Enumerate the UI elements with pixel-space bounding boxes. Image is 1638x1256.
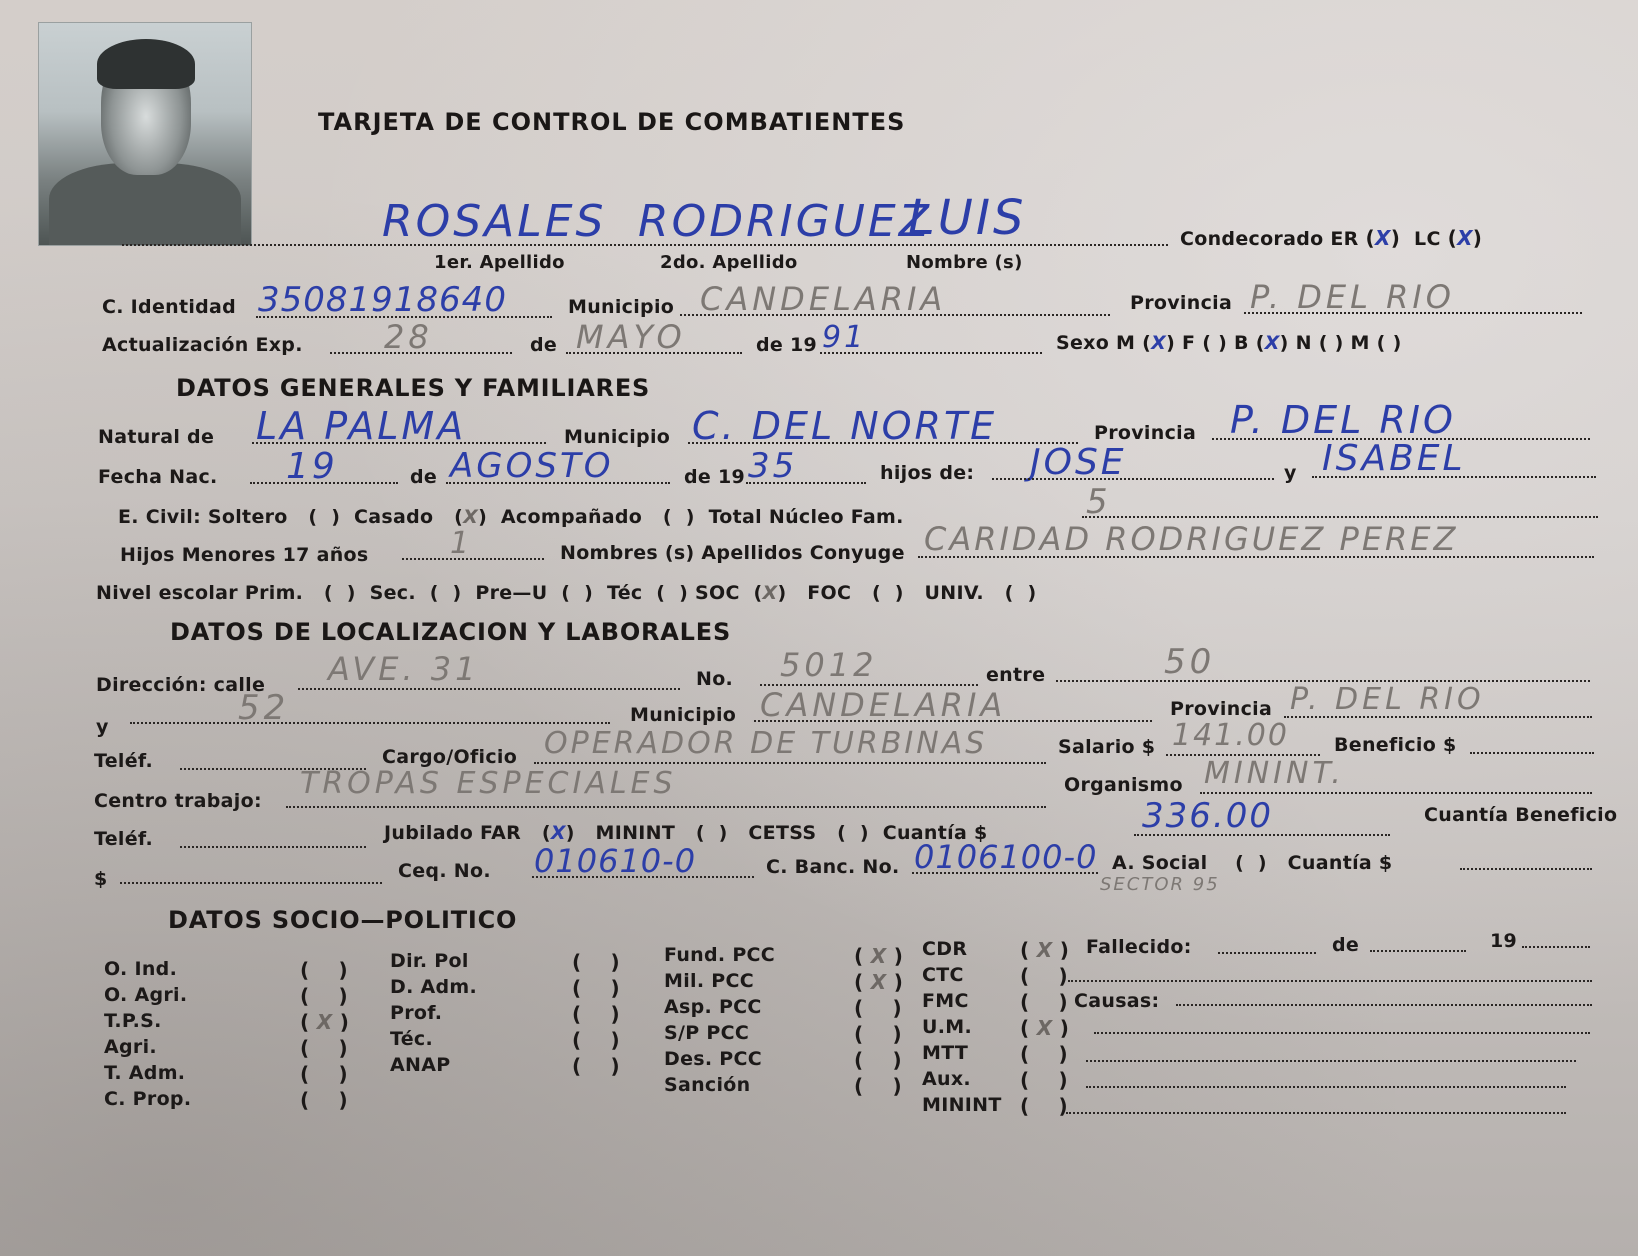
socio-item-checkbox[interactable]: ( )	[1020, 1094, 1068, 1118]
act-de-1: de	[530, 334, 557, 356]
socio-item-label: Dir. Pol	[390, 950, 469, 972]
birth-day-line	[250, 482, 398, 484]
socio-item-label: U.M.	[922, 1016, 972, 1038]
natural-line	[252, 442, 546, 444]
second-surname-label: 2do. Apellido	[660, 252, 798, 273]
nivel-option-tec[interactable]: Téc ( )	[607, 582, 688, 604]
document-card: TARJETA DE CONTROL DE COMBATIENTES ROSAL…	[0, 0, 1638, 1256]
actualizacion-label: Actualización Exp.	[102, 334, 303, 356]
dollar-label: $	[94, 868, 108, 890]
birth-de-1: de	[410, 466, 437, 488]
socio-item-label: C. Prop.	[104, 1088, 191, 1110]
socio-item-mark	[589, 1054, 604, 1078]
no-value: 5012	[780, 646, 877, 684]
er-checkbox[interactable]: (X)	[1366, 226, 1401, 250]
civil-group: E. Civil: Soltero ( ) Casado (X) Acompañ…	[118, 506, 904, 528]
fecha-nac-label: Fecha Nac.	[98, 466, 218, 488]
given-name-label: Nombre (s)	[906, 252, 1023, 273]
hijos-menores-value: 1	[450, 526, 473, 561]
socio-item-label: CTC	[922, 964, 964, 986]
lc-mark: X	[1457, 226, 1473, 250]
socio-item-label: Agri.	[104, 1036, 157, 1058]
nucleo-line	[1082, 516, 1598, 518]
hijos-menores-line	[402, 558, 544, 560]
conyuge-label: Nombres (s) Apellidos Conyuge	[560, 542, 905, 564]
birth-year-line	[746, 482, 866, 484]
hijos-y-label: y	[1284, 462, 1297, 484]
loc-provincia-line	[1284, 716, 1592, 718]
y-line	[130, 722, 610, 724]
jubilado-group: Jubilado FAR (X) MININT ( ) CETSS ( ) Cu…	[384, 822, 988, 844]
salario-label: Salario $	[1058, 736, 1155, 758]
socio-item-mark	[871, 996, 886, 1020]
sexo-option-m2[interactable]: M ( )	[1351, 332, 1402, 354]
fallecido-day-field[interactable]	[1218, 952, 1316, 954]
hijos-menores-label: Hijos Menores 17 años	[120, 544, 369, 566]
socio-item-mark	[871, 1074, 886, 1098]
socio-item-checkbox[interactable]: ( )	[300, 958, 348, 982]
nucleo-label: Total Núcleo Fam.	[709, 506, 904, 528]
socio-item-checkbox[interactable]: ( )	[854, 996, 902, 1020]
birth-de-2: de 19	[684, 466, 745, 488]
asocial-group: A. Social ( ) Cuantía $	[1112, 852, 1392, 874]
loc-provincia-label: Provincia	[1170, 698, 1272, 720]
section-socio-title: DATOS SOCIO—POLITICO	[168, 906, 517, 934]
socio-item-label: MININT	[922, 1094, 1002, 1116]
birth-day-value: 19	[286, 446, 338, 487]
socio-item-checkbox[interactable]: ( )	[300, 1036, 348, 1060]
socio-item-mark	[589, 976, 604, 1000]
act-year-line	[820, 352, 1042, 354]
jubilado-option-minint[interactable]: MININT ( )	[596, 822, 728, 844]
birth-year-value: 35	[748, 446, 797, 486]
municipio-line	[680, 314, 1110, 316]
entre-value: 50	[1164, 642, 1215, 682]
ceq-line	[532, 876, 754, 878]
civil-option-acompanado[interactable]: Acompañado ( )	[501, 506, 695, 528]
nivel-option-soc[interactable]: SOC (X)	[695, 582, 786, 604]
socio-item-checkbox[interactable]: ( )	[572, 1054, 620, 1078]
municipio-label: Municipio	[568, 296, 674, 318]
socio-item-checkbox[interactable]: ( )	[854, 1022, 902, 1046]
lc-checkbox[interactable]: (X)	[1448, 226, 1483, 250]
causas-line-2	[1094, 1032, 1590, 1034]
er-label: ER	[1330, 228, 1358, 250]
cuantia-line	[1134, 834, 1390, 836]
socio-item-mark	[317, 1062, 332, 1086]
socio-item-mark	[1037, 1042, 1052, 1066]
cbanc-value: 0106100-0	[914, 838, 1097, 876]
socio-item-checkbox[interactable]: ( X )	[854, 944, 903, 968]
father-value: JOSE	[1030, 442, 1127, 483]
mother-line	[1312, 476, 1596, 478]
jubilado-option-far[interactable]: FAR (X)	[480, 822, 575, 844]
socio-item-label: ANAP	[390, 1054, 450, 1076]
birth-month-value: AGOSTO	[450, 446, 613, 486]
organismo-line	[1200, 792, 1592, 794]
cuantia-beneficio-label: Cuantía Beneficio	[1424, 804, 1617, 826]
gen-provincia-value: P. DEL RIO	[1230, 398, 1456, 442]
cargo-value: OPERADOR DE TURBINAS	[544, 726, 987, 761]
socio-item-mark	[1037, 1094, 1052, 1118]
cargo-label: Cargo/Oficio	[382, 746, 517, 768]
socio-item-label: S/P PCC	[664, 1022, 749, 1044]
socio-item-label: CDR	[922, 938, 967, 960]
socio-item-checkbox[interactable]: ( )	[300, 1062, 348, 1086]
civil-option-soltero[interactable]: Soltero ( )	[208, 506, 340, 528]
ceq-value: 010610-0	[534, 842, 696, 880]
beneficio-label: Beneficio $	[1334, 734, 1457, 756]
civil-label: E. Civil:	[118, 506, 201, 528]
ceq-label: Ceq. No.	[398, 860, 491, 882]
socio-item-checkbox[interactable]: ( X )	[300, 1010, 349, 1034]
socio-item-mark	[589, 1002, 604, 1026]
socio-item-mark	[871, 1048, 886, 1072]
provincia-value: P. DEL RIO	[1250, 278, 1455, 316]
ci-label: C. Identidad	[102, 296, 236, 318]
causas-line-3	[1086, 1060, 1576, 1062]
gen-provincia-label: Provincia	[1094, 422, 1196, 444]
socio-item-checkbox[interactable]: ( X )	[1020, 1016, 1069, 1040]
centro-value: TROPAS ESPECIALES	[300, 766, 677, 801]
socio-item-mark	[317, 1036, 332, 1060]
socio-item-checkbox[interactable]: ( )	[572, 976, 620, 1000]
act-month-line	[566, 352, 742, 354]
conyuge-line	[918, 556, 1594, 558]
socio-item-mark: X	[1037, 938, 1053, 962]
socio-item-mark	[317, 958, 332, 982]
cargo-line	[534, 762, 1046, 764]
causas-label: Causas:	[1074, 990, 1159, 1012]
socio-item-label: Mil. PCC	[664, 970, 754, 992]
sexo-option-b[interactable]: B (X)	[1234, 332, 1289, 354]
no-label: No.	[696, 668, 733, 690]
loc-municipio-value: CANDELARIA	[760, 686, 1006, 724]
causas-line-5	[1066, 1112, 1566, 1114]
socio-item-checkbox[interactable]: ( X )	[854, 970, 903, 994]
socio-item-checkbox[interactable]: ( )	[854, 1048, 902, 1072]
causas-field[interactable]	[1176, 1004, 1592, 1006]
socio-item-mark	[1037, 990, 1052, 1014]
act-day-line	[330, 352, 512, 354]
fallecido-label: Fallecido:	[1086, 936, 1192, 958]
socio-item-checkbox[interactable]: ( )	[1020, 1068, 1068, 1092]
socio-item-mark	[317, 1088, 332, 1112]
er-mark: X	[1375, 226, 1391, 250]
socio-item-mark	[1037, 1068, 1052, 1092]
socio-item-mark: X	[871, 944, 887, 968]
sexo-option-f[interactable]: F ( )	[1182, 332, 1227, 354]
socio-item-label: T. Adm.	[104, 1062, 185, 1084]
socio-item-mark	[589, 950, 604, 974]
salario-value: 141.00	[1172, 718, 1289, 753]
socio-item-checkbox[interactable]: ( )	[300, 984, 348, 1008]
entre-label: entre	[986, 664, 1045, 686]
combatant-photo	[38, 22, 252, 246]
fallecido-19: 19	[1490, 930, 1517, 952]
fallecido-year-field[interactable]	[1522, 946, 1590, 948]
socio-item-mark	[589, 1028, 604, 1052]
causas-line-4	[1086, 1086, 1566, 1088]
socio-item-mark: X	[317, 1010, 333, 1034]
socio-item-label: Téc.	[390, 1028, 433, 1050]
gen-municipio-label: Municipio	[564, 426, 670, 448]
loc-municipio-line	[754, 720, 1152, 722]
socio-item-label: Aux.	[922, 1068, 971, 1090]
socio-item-label: MTT	[922, 1042, 968, 1064]
sexo-label: Sexo	[1056, 332, 1109, 354]
socio-item-checkbox[interactable]: ( )	[1020, 964, 1068, 988]
nivel-group: Nivel escolar Prim. ( ) Sec. ( ) Pre—U (…	[96, 582, 1036, 604]
socio-item-checkbox[interactable]: ( )	[572, 950, 620, 974]
socio-item-checkbox[interactable]: ( )	[300, 1088, 348, 1112]
beneficio-field[interactable]	[1470, 752, 1594, 754]
card-title: TARJETA DE CONTROL DE COMBATIENTES	[318, 108, 905, 136]
socio-item-checkbox[interactable]: ( )	[1020, 990, 1068, 1014]
photo-uniform	[49, 163, 241, 246]
provincia-line	[1244, 312, 1582, 314]
father-line	[992, 478, 1274, 480]
jubilado-option-cetss[interactable]: CETSS ( )	[748, 822, 868, 844]
nivel-option-sec[interactable]: Sec. ( )	[370, 582, 462, 604]
socio-item-checkbox[interactable]: ( )	[572, 1002, 620, 1026]
sexo-option-n[interactable]: N ( )	[1296, 332, 1344, 354]
civil-option-casado[interactable]: Casado (X)	[354, 506, 487, 528]
nivel-option-foc[interactable]: FOC ( )	[807, 582, 904, 604]
organismo-label: Organismo	[1064, 774, 1183, 796]
telef-2-field[interactable]	[180, 846, 366, 848]
condecorado-label: Condecorado ER (X) LC (X)	[1180, 226, 1482, 250]
cuantia-value: 336.00	[1142, 796, 1273, 836]
socio-item-mark: X	[871, 970, 887, 994]
hijos-de-label: hijos de:	[880, 462, 974, 484]
mother-value: ISABEL	[1322, 438, 1466, 479]
birth-month-line	[446, 482, 670, 484]
sexo-group: Sexo M (X) F ( ) B (X) N ( ) M ( )	[1056, 332, 1402, 354]
socio-item-checkbox[interactable]: ( X )	[1020, 938, 1069, 962]
socio-item-mark	[317, 984, 332, 1008]
cuantia2-label: Cuantía $	[1288, 852, 1393, 874]
loc-municipio-label: Municipio	[630, 704, 736, 726]
telef-label-2: Teléf.	[94, 828, 153, 850]
second-surname-value: RODRIGUEZ	[638, 196, 932, 247]
socio-item-label: Sanción	[664, 1074, 751, 1096]
conyuge-value: CARIDAD RODRIGUEZ PEREZ	[924, 520, 1458, 558]
centro-label: Centro trabajo:	[94, 790, 262, 812]
condecorado-text: Condecorado	[1180, 228, 1323, 250]
ci-value: 35081918640	[258, 280, 507, 320]
provincia-label: Provincia	[1130, 292, 1232, 314]
socio-item-label: FMC	[922, 990, 969, 1012]
sector-note: SECTOR 95	[1100, 874, 1220, 895]
socio-item-label: O. Ind.	[104, 958, 177, 980]
socio-item-label: Fund. PCC	[664, 944, 775, 966]
natural-label: Natural de	[98, 426, 214, 448]
centro-line	[286, 806, 1046, 808]
name-line	[122, 244, 1168, 246]
socio-item-mark: X	[1037, 1016, 1053, 1040]
telef-label-1: Teléf.	[94, 750, 153, 772]
loc-provincia-value: P. DEL RIO	[1290, 682, 1485, 717]
socio-item-mark	[1037, 964, 1052, 988]
fallecido-line-2	[1068, 980, 1592, 982]
cuantia2-field[interactable]	[1460, 868, 1592, 870]
fallecido-de: de	[1332, 934, 1359, 956]
socio-item-label: Prof.	[390, 1002, 442, 1024]
cbanc-label: C. Banc. No.	[766, 856, 899, 878]
section-general-title: DATOS GENERALES Y FAMILIARES	[176, 374, 650, 402]
section-location-title: DATOS DE LOCALIZACION Y LABORALES	[170, 618, 731, 646]
act-day-value: 28	[384, 318, 433, 356]
socio-item-label: Asp. PCC	[664, 996, 762, 1018]
asocial-checkbox[interactable]: ( )	[1214, 852, 1267, 874]
socio-item-label: O. Agri.	[104, 984, 187, 1006]
asocial-label: A. Social	[1112, 852, 1207, 874]
given-name-value: LUIS	[908, 190, 1027, 246]
act-year-value: 91	[822, 320, 866, 355]
gen-municipio-line	[688, 442, 1078, 444]
calle-value: AVE. 31	[328, 650, 479, 688]
first-surname-label: 1er. Apellido	[434, 252, 565, 273]
socio-item-checkbox[interactable]: ( )	[854, 1074, 902, 1098]
socio-item-checkbox[interactable]: ( )	[1020, 1042, 1068, 1066]
socio-item-checkbox[interactable]: ( )	[572, 1028, 620, 1052]
act-de-2: de 19	[756, 334, 817, 356]
dollar-field[interactable]	[120, 882, 382, 884]
calle-line	[298, 688, 680, 690]
sexo-option-m[interactable]: M (X)	[1116, 332, 1175, 354]
nivel-label: Nivel escolar	[96, 582, 238, 604]
nivel-option-preu[interactable]: Pre—U ( )	[475, 582, 593, 604]
socio-item-label: Des. PCC	[664, 1048, 762, 1070]
jubilado-label: Jubilado	[384, 822, 473, 844]
socio-item-mark	[871, 1022, 886, 1046]
socio-item-label: T.P.S.	[104, 1010, 162, 1032]
nivel-option-univ[interactable]: UNIV. ( )	[925, 582, 1037, 604]
act-month-value: MAYO	[576, 318, 686, 356]
fallecido-month-field[interactable]	[1370, 950, 1466, 952]
socio-item-label: D. Adm.	[390, 976, 477, 998]
organismo-value: MININT.	[1204, 756, 1345, 791]
lc-label: LC	[1414, 228, 1441, 250]
cbanc-line	[912, 872, 1098, 874]
first-surname-value: ROSALES	[382, 196, 606, 247]
nivel-option-prim[interactable]: Prim. ( )	[245, 582, 356, 604]
y-label: y	[96, 716, 109, 738]
photo-hair	[97, 39, 195, 89]
municipio-value: CANDELARIA	[700, 280, 946, 318]
